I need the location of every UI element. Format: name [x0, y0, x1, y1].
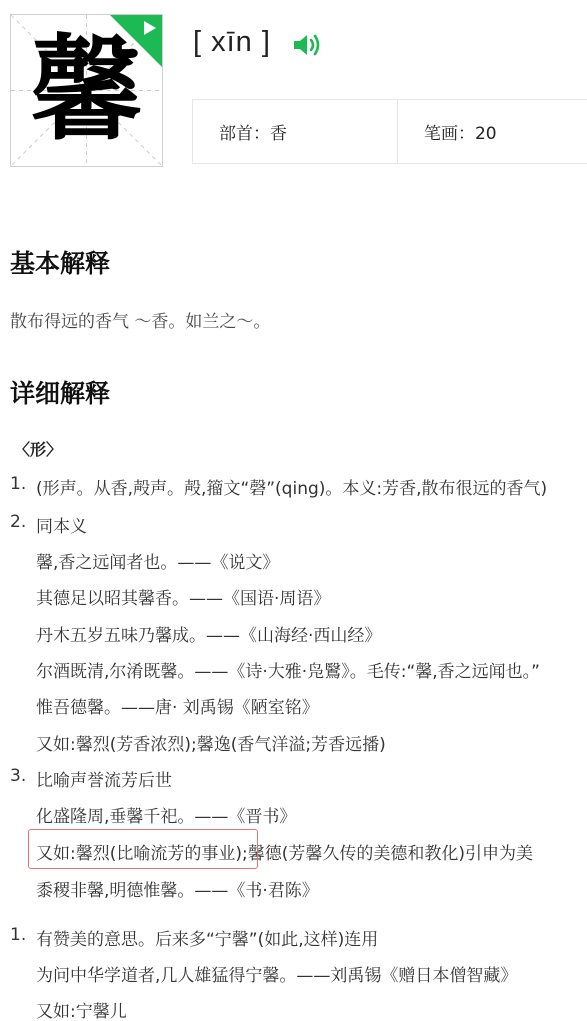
speaker-icon[interactable] — [292, 32, 322, 58]
example-line: 其德足以昭其馨香。——《国语·周语》 — [36, 584, 330, 609]
sense-number: 2. — [10, 512, 26, 532]
sense-number: 1. — [10, 474, 26, 494]
example-line: 又如:馨烈(比喻流芳的事业);馨德(芳馨久传的美德和教化)引申为美 — [36, 839, 533, 864]
play-icon[interactable] — [110, 15, 162, 67]
sense-number: 3. — [10, 766, 26, 786]
example-line: 馨,香之远闻者也。——《说文》 — [36, 548, 279, 573]
example-line: 黍稷非馨,明德惟馨。——《书·君陈》 — [36, 876, 319, 901]
info-table: 部首：香 笔画：20 — [192, 99, 587, 164]
sense-text: (形声。从香,殸声。殸,籀文“磬”(qing)。本义:芳香,散布很远的香气) — [36, 474, 547, 499]
radical-cell: 部首：香 — [193, 100, 397, 163]
example-line: 丹木五岁五味乃馨成。——《山海经·西山经》 — [36, 621, 381, 646]
example-line: 惟吾德馨。——唐· 刘禹锡《陋室铭》 — [36, 693, 319, 718]
character-card: 馨 — [10, 14, 163, 167]
strokes-cell: 笔画：20 — [397, 100, 587, 163]
sense-text: 同本义 — [36, 512, 87, 537]
pinyin: [ xīn ] — [193, 26, 271, 59]
example-line: 又如:馨烈(芳香浓烈);馨逸(香气洋溢;芳香远播) — [36, 730, 386, 755]
basic-definition: 散布得远的香气 ～香。如兰之～。 — [10, 307, 270, 332]
example-line: 尔酒既清,尔淆既馨。——《诗·大雅·凫鷖》。毛传:“馨,香之远闻也。” — [36, 657, 540, 682]
part-of-speech: 〈形〉 — [14, 437, 62, 460]
example-line: 又如:宁馨儿 — [36, 997, 127, 1021]
example-line: 化盛隆周,垂馨千祀。——《晋书》 — [36, 802, 296, 827]
basic-section-title: 基本解释 — [10, 244, 110, 280]
sense-number: 1. — [10, 925, 26, 945]
sense-text: 有赞美的意思。后来多“宁馨”(如此,这样)连用 — [36, 925, 378, 950]
example-line: 为问中华学道者,几人雄猛得宁馨。——刘禹锡《赠日本僧智藏》 — [36, 961, 517, 986]
detailed-section-title: 详细解释 — [10, 374, 110, 410]
sense-text: 比喻声誉流芳后世 — [36, 766, 172, 791]
